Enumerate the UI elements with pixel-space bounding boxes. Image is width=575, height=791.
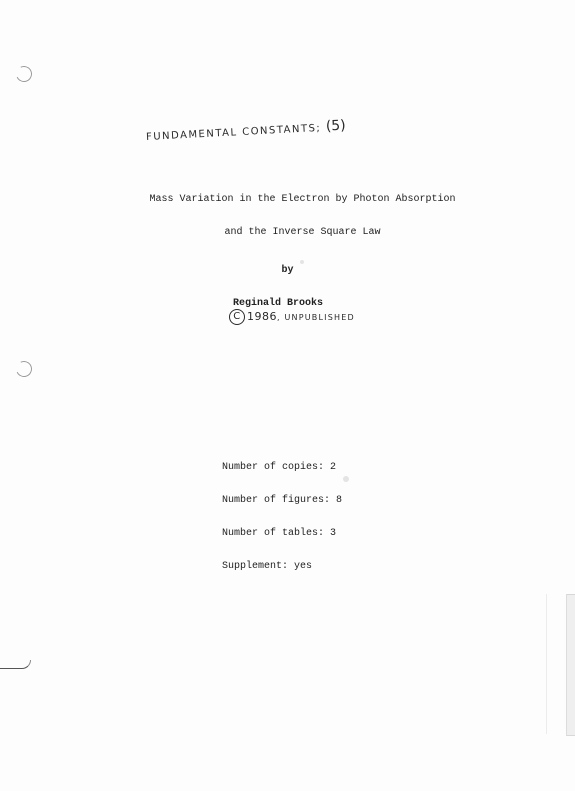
handwritten-header-text: Fundamental Constants; — [146, 123, 322, 143]
handwritten-copyright: C1986, Unpublished — [229, 309, 355, 325]
handwritten-header-number: (5) — [325, 118, 346, 135]
page-edge-tab — [566, 594, 575, 736]
page-edge-shadow — [546, 594, 567, 734]
metadata-tables: Number of tables: 3 — [222, 528, 342, 539]
title-line-1: Mass Variation in the Electron by Photon… — [0, 194, 575, 205]
handwritten-header: Fundamental Constants; (5) — [146, 118, 347, 144]
paper-smudge — [300, 260, 304, 264]
copyright-year: 1986 — [247, 310, 277, 323]
binder-hole-mark — [14, 64, 35, 85]
copyright-icon: C — [229, 309, 245, 325]
metadata-copies: Number of copies: 2 — [222, 462, 342, 473]
title-line-2: and the Inverse Square Law — [0, 227, 575, 238]
author-name: Reginald Brooks — [233, 298, 323, 309]
metadata-supplement: Supplement: yes — [222, 561, 342, 572]
binder-hole-mark — [0, 660, 31, 669]
document-title: Mass Variation in the Electron by Photon… — [0, 172, 575, 260]
metadata-figures: Number of figures: 8 — [222, 495, 342, 506]
copyright-note: , Unpublished — [277, 313, 355, 322]
document-page: Fundamental Constants; (5) Mass Variatio… — [0, 0, 575, 791]
document-metadata: Number of copies: 2 Number of figures: 8… — [222, 440, 342, 594]
paper-smudge — [343, 476, 349, 482]
by-label: by — [0, 265, 575, 276]
binder-hole-mark — [14, 359, 35, 380]
